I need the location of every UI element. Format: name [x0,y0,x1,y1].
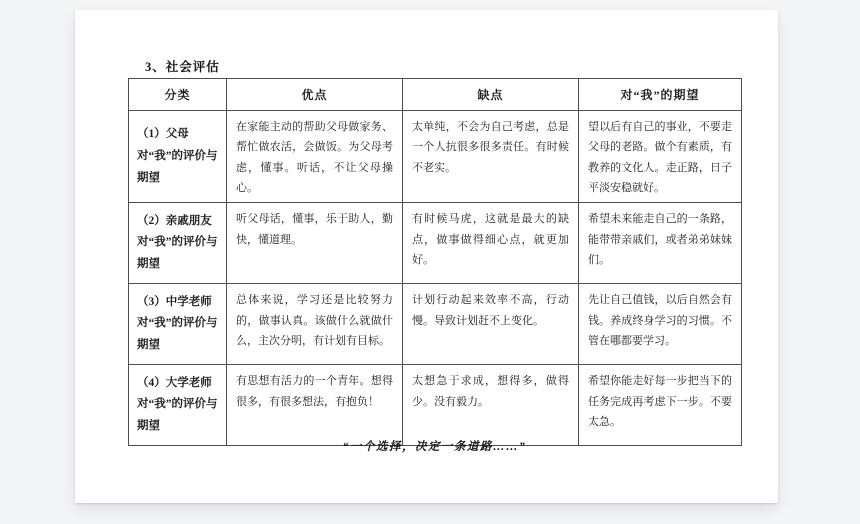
expectation-cell: 先让自己值钱，以后自然会有钱。养成终身学习的习惯。不管在哪都要学习。 [579,284,742,365]
cons-cell: 有时候马虎，这就是最大的缺点，做事做得细心点，就更加好。 [403,203,579,284]
pros-cell: 总体来说，学习还是比较努力的，做事认真。该做什么就做什么，主次分明，有计划有目标… [227,284,403,365]
header-expectation: 对“我”的期望 [579,79,742,111]
section-heading: 3、社会评估 [145,57,220,75]
footer-quote: “一个选择，决定一条道路……” [128,438,741,454]
cons-cell: 计划行动起来效率不高，行动慢。导致计划赶不上变化。 [403,284,579,365]
cons-cell: 太单纯，不会为自己考虑，总是一个人抗很多很多责任。有时候不老实。 [403,111,579,203]
category-cell: （1）父母对“我”的评价与期望 [129,111,227,203]
header-pros: 优点 [227,79,403,111]
header-category: 分类 [129,79,227,111]
social-evaluation-table: 分类 优点 缺点 对“我”的期望 （1）父母对“我”的评价与期望 在家能主动的帮… [128,78,742,446]
document-page: 3、社会评估 分类 优点 缺点 对“我”的期望 （1）父母对“我”的评价与期望 … [75,10,778,503]
expectation-cell: 望以后有自己的事业，不要走父母的老路。做个有素质，有教养的文化人。走正路，日子平… [579,111,742,203]
table-row: （4）大学老师对“我”的评价与期望 有思想有活力的一个青年。想得很多，有很多想法… [129,365,742,446]
category-cell: （4）大学老师对“我”的评价与期望 [129,365,227,446]
expectation-cell: 希望未来能走自己的一条路，能带带亲戚们，或者弟弟妹妹们。 [579,203,742,284]
pros-cell: 在家能主动的帮助父母做家务、帮忙做农活，会做饭。为父母考虑，懂事。听话，不让父母… [227,111,403,203]
table-row: （3）中学老师对“我”的评价与期望 总体来说，学习还是比较努力的，做事认真。该做… [129,284,742,365]
pros-cell: 有思想有活力的一个青年。想得很多，有很多想法，有抱负！ [227,365,403,446]
expectation-cell: 希望你能走好每一步把当下的任务完成再考虑下一步。不要太急。 [579,365,742,446]
table-row: （1）父母对“我”的评价与期望 在家能主动的帮助父母做家务、帮忙做农活，会做饭。… [129,111,742,203]
table-header-row: 分类 优点 缺点 对“我”的期望 [129,79,742,111]
category-cell: （3）中学老师对“我”的评价与期望 [129,284,227,365]
table-row: （2）亲戚朋友对“我”的评价与期望 听父母话，懂事，乐于助人，勤快，懂道理。 有… [129,203,742,284]
document-canvas: 3、社会评估 分类 优点 缺点 对“我”的期望 （1）父母对“我”的评价与期望 … [0,0,860,524]
header-cons: 缺点 [403,79,579,111]
pros-cell: 听父母话，懂事，乐于助人，勤快，懂道理。 [227,203,403,284]
cons-cell: 太想急于求成，想得多，做得少。没有毅力。 [403,365,579,446]
category-cell: （2）亲戚朋友对“我”的评价与期望 [129,203,227,284]
